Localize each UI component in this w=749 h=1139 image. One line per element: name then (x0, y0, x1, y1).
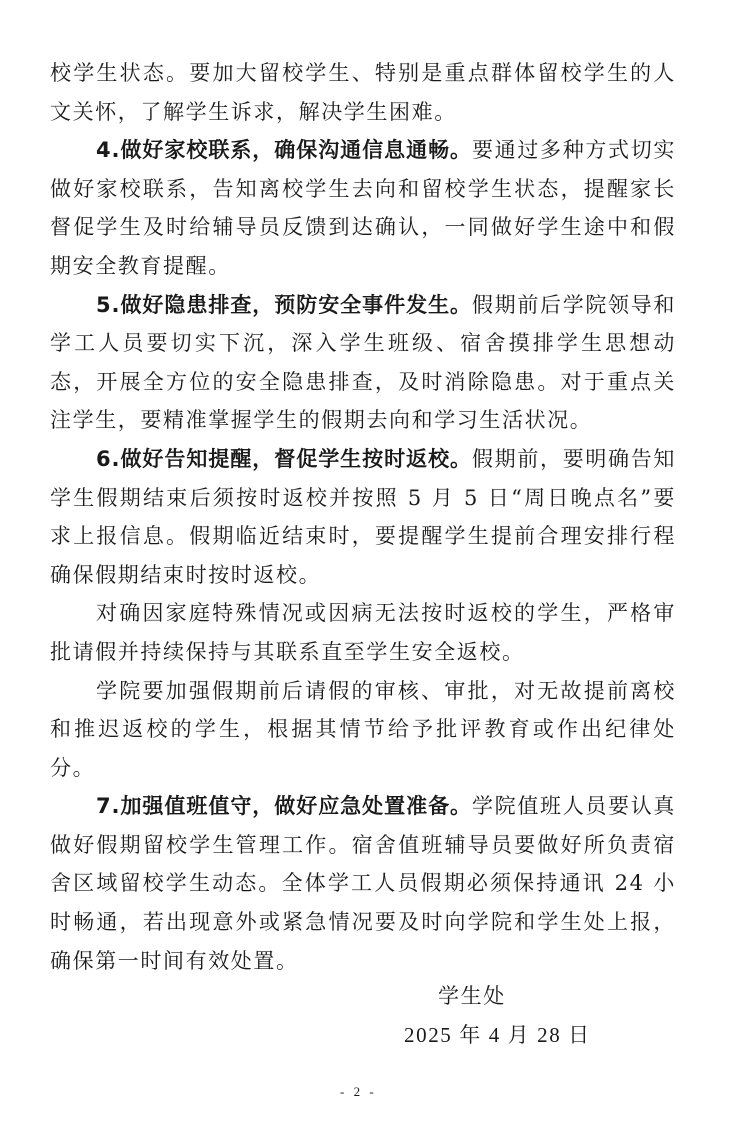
paragraph-text: 学院值班人员要认真做好假期留校学生管理工作。宿舍值班辅导员要做好所负责宿舍区域留… (50, 794, 676, 972)
paragraph-text: 校学生状态。要加大留校学生、特别是重点群体留校学生的人文关怀，了解学生诉求，解决… (50, 61, 676, 124)
paragraph-text: 学院要加强假期前后请假的审核、审批，对无故提前离校和推迟返校的学生，根据其情节给… (50, 679, 676, 780)
paragraph-text: 对确因家庭特殊情况或因病无法按时返校的学生，严格审批请假并持续保持与其联系直至学… (50, 601, 676, 664)
paragraph-item-5: 5.做好隐患排查，预防安全事件发生。假期前后学院领导和学工人员要切实下沉，深入学… (50, 286, 676, 440)
item-heading: 5.做好隐患排查，预防安全事件发生。 (96, 293, 472, 317)
paragraph-item-7: 7.加强值班值守，做好应急处置准备。学院值班人员要认真做好假期留校学生管理工作。… (50, 787, 676, 980)
item-heading: 4.做好家校联系，确保沟通信息通畅。 (96, 138, 472, 162)
paragraph-discipline: 学院要加强假期前后请假的审核、审批，对无故提前离校和推迟返校的学生，根据其情节给… (50, 672, 676, 788)
page-number: - 2 - (340, 1084, 377, 1100)
item-heading: 6.做好告知提醒，督促学生按时返校。 (96, 447, 472, 471)
paragraph-leave-approval: 对确因家庭特殊情况或因病无法按时返校的学生，严格审批请假并持续保持与其联系直至学… (50, 594, 676, 671)
paragraph-item-6: 6.做好告知提醒，督促学生按时返校。假期前，要明确告知学生假期结束后须按时返校并… (50, 440, 676, 594)
paragraph-item-4: 4.做好家校联系，确保沟通信息通畅。要通过多种方式切实做好家校联系，告知离校学生… (50, 131, 676, 285)
document-body: 校学生状态。要加大留校学生、特别是重点群体留校学生的人文关怀，了解学生诉求，解决… (50, 54, 676, 980)
paragraph-continuation: 校学生状态。要加大留校学生、特别是重点群体留校学生的人文关怀，了解学生诉求，解决… (50, 54, 676, 131)
issue-date: 2025 年 4 月 28 日 (404, 1019, 591, 1049)
signer: 学生处 (438, 980, 506, 1010)
item-heading: 7.加强值班值守，做好应急处置准备。 (96, 794, 472, 818)
